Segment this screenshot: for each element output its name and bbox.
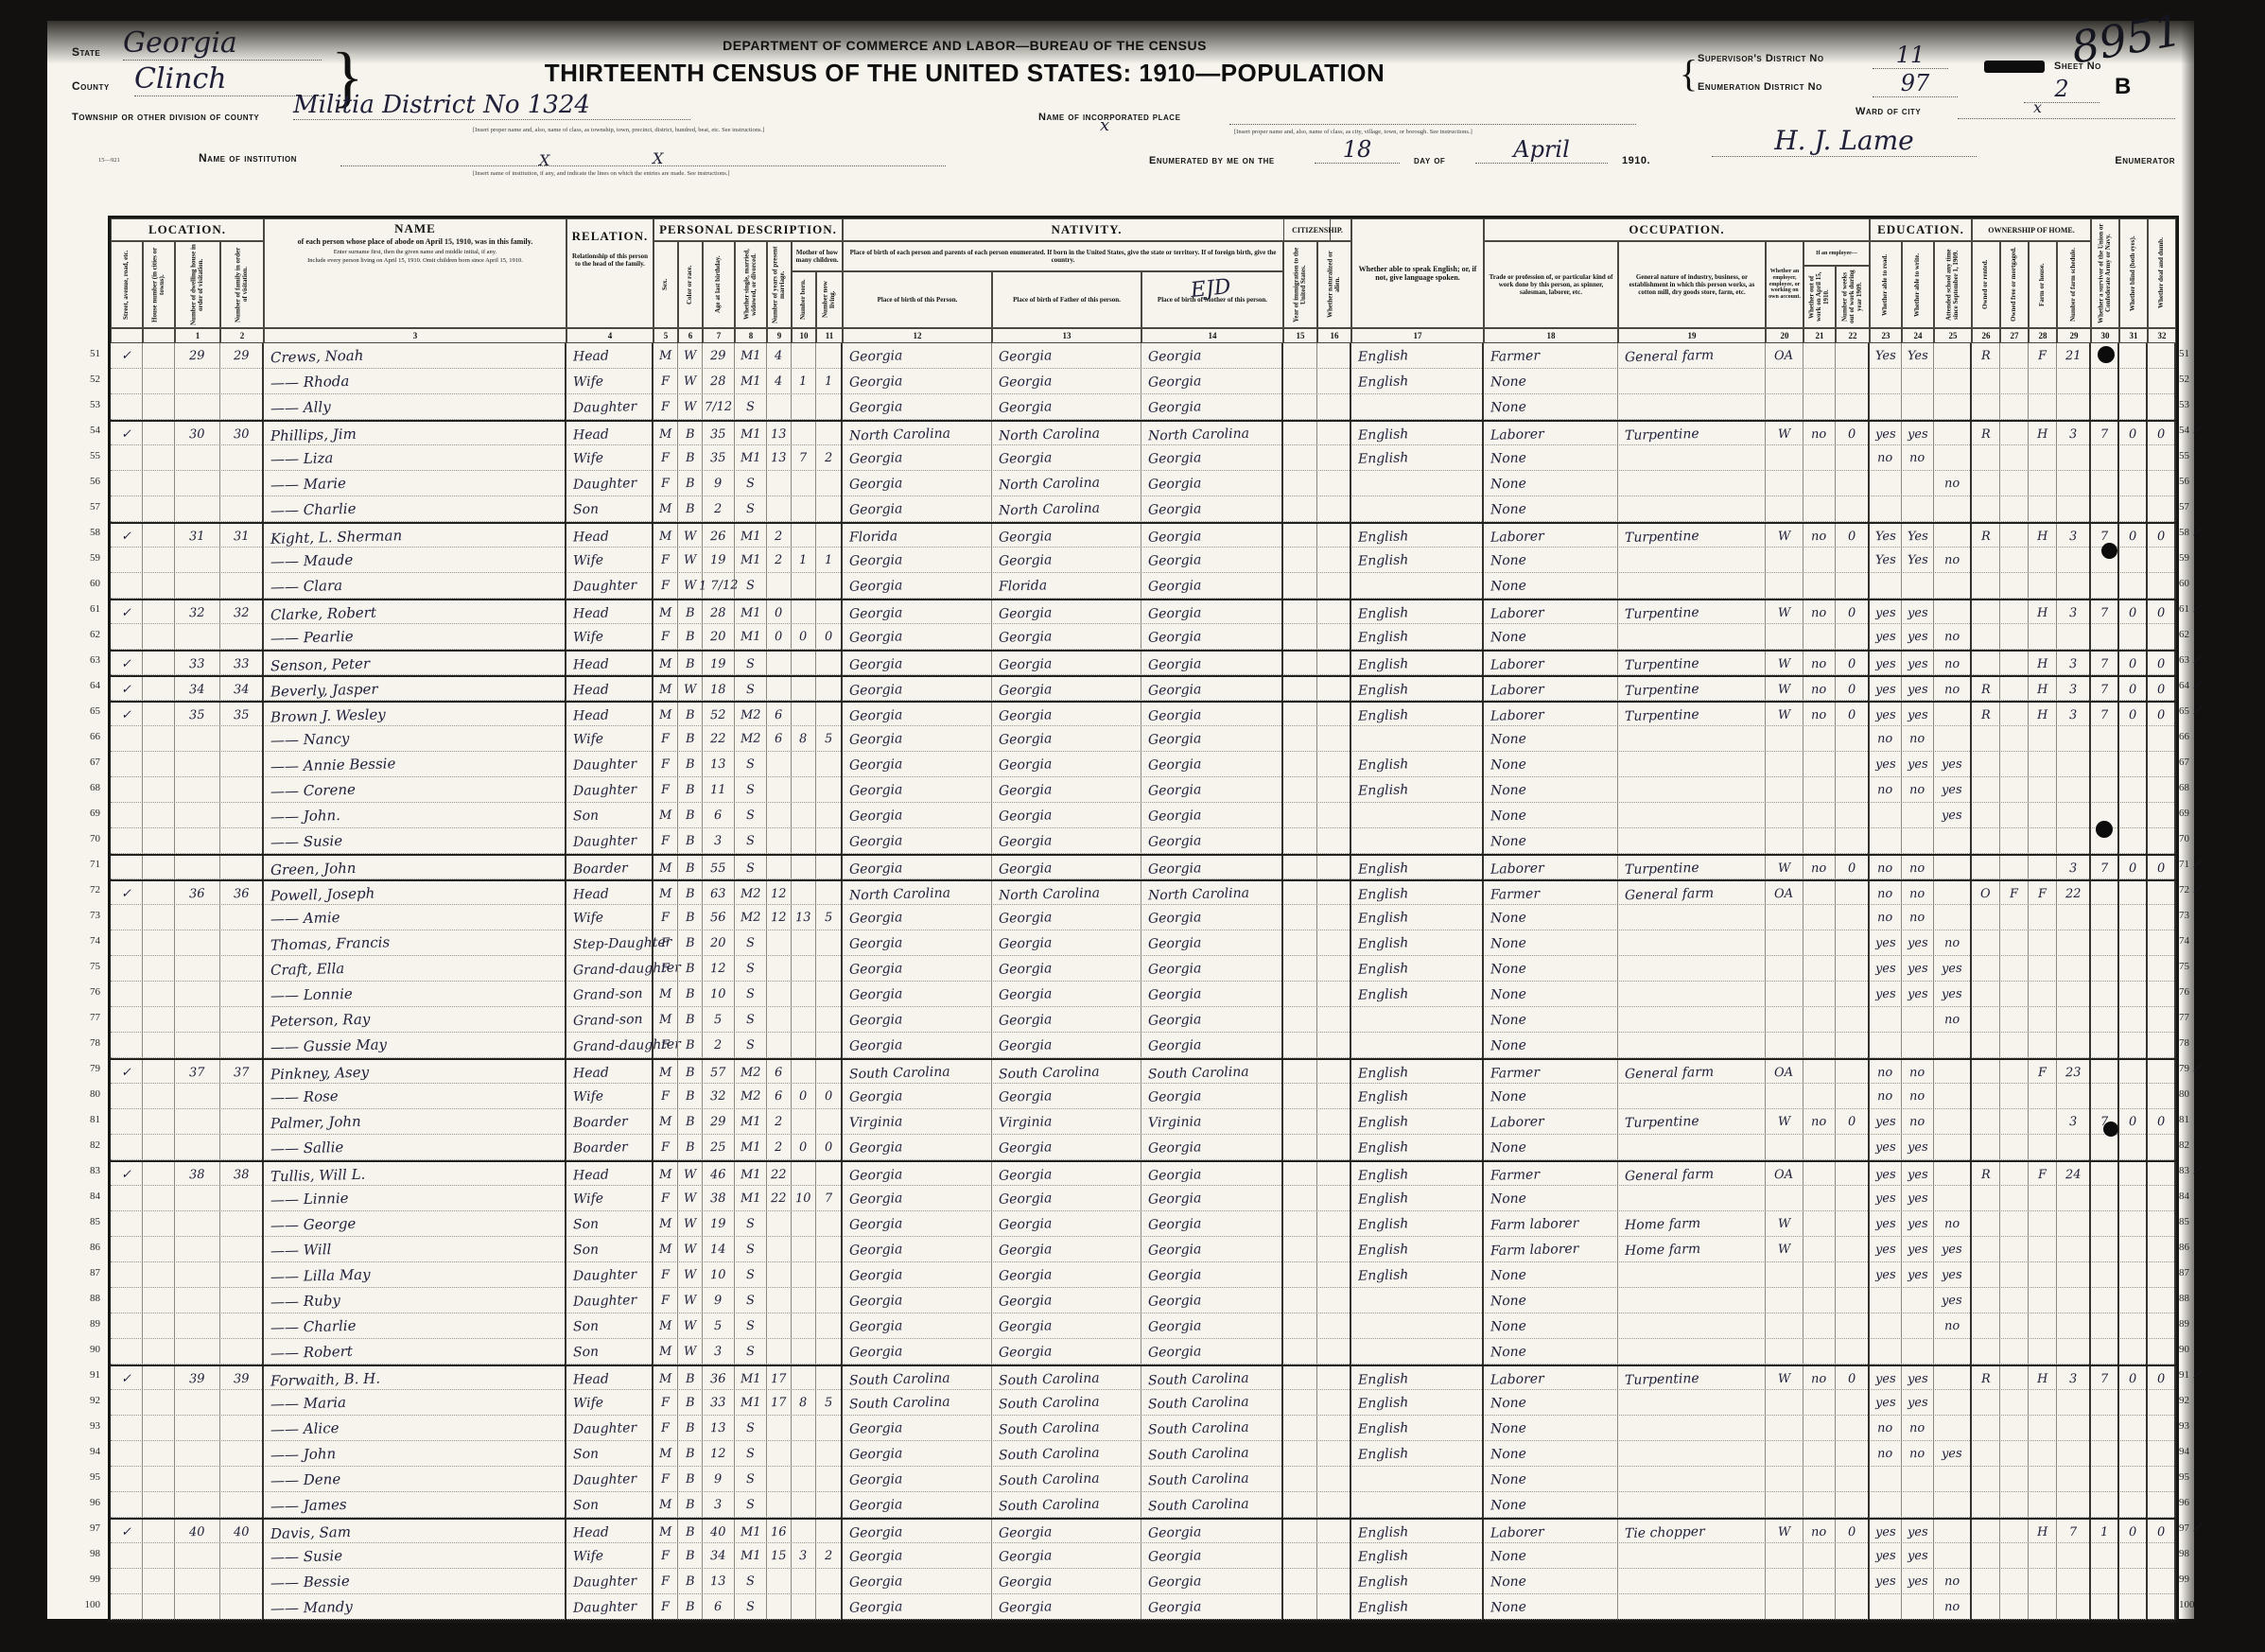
cell-trade: None <box>1484 1467 1618 1492</box>
cell-house <box>143 1262 175 1288</box>
cell-civil-war <box>2091 1416 2119 1441</box>
cell-marital: S <box>735 777 767 803</box>
cell-marital: S <box>735 1569 767 1594</box>
cell-dwelling <box>175 803 220 828</box>
cell-marital: S <box>735 1313 767 1339</box>
cell-value: —— Bessie <box>270 1572 350 1591</box>
cell-value: None <box>1490 374 1526 390</box>
cell-value: no <box>1944 657 1960 671</box>
cell-pob: Georgia <box>843 777 992 803</box>
cell-value: R <box>1980 708 1990 722</box>
cell-industry <box>1618 445 1766 471</box>
cell-value: 32 <box>189 606 205 620</box>
cell-value: Georgia <box>849 629 903 645</box>
cell-value: None <box>1490 731 1526 747</box>
cell-age: 19 <box>703 652 735 677</box>
cell-farm-house <box>2029 548 2057 573</box>
cell-value: Pinkney, Asey <box>270 1063 370 1083</box>
column-header-relation: RELATION.Relationship of this person to … <box>566 218 653 328</box>
cell-check <box>111 624 143 650</box>
cell-read <box>1870 573 1902 599</box>
cell-dwelling: 29 <box>175 343 220 369</box>
cell-age: 10 <box>703 1262 735 1288</box>
cell-value: None <box>1490 1267 1526 1283</box>
cell-deaf <box>2148 803 2176 828</box>
cell-pob-father: North Carolina <box>992 496 1141 522</box>
cell-children-born: 0 <box>792 1135 816 1160</box>
cell-value: B <box>686 834 695 848</box>
cell-write: yes <box>1902 1162 1934 1188</box>
cell-pob: Georgia <box>843 1492 992 1518</box>
cell-value: Georgia <box>999 833 1053 849</box>
cell-value: S <box>746 1447 755 1461</box>
cell-industry <box>1618 624 1766 650</box>
cell-owned-rented <box>1972 1211 2000 1237</box>
cell-value: Yes <box>1874 553 1895 568</box>
cell-pob-mother: Georgia <box>1141 652 1283 677</box>
cell-name: —— Sallie <box>264 1135 566 1160</box>
cell-immigration <box>1283 1033 1317 1058</box>
cell-english: English <box>1351 445 1484 471</box>
cell-value: Tie chopper <box>1625 1523 1705 1540</box>
enumeration-district-value: 97 <box>1873 70 1958 97</box>
cell-house <box>143 1594 175 1620</box>
cell-owned-rented: R <box>1972 1366 2000 1392</box>
cell-write: yes <box>1902 1186 1934 1211</box>
cell-value: yes <box>1874 1268 1895 1283</box>
cell-house <box>143 777 175 803</box>
cell-english: English <box>1351 600 1484 626</box>
cell-pob: Georgia <box>843 1416 992 1441</box>
cell-years-married <box>767 1211 792 1237</box>
line-number-right-96: 96 <box>2179 1489 2217 1515</box>
cell-naturalized <box>1317 1313 1351 1339</box>
cell-family: 40 <box>220 1520 264 1545</box>
column-number-5: 5 <box>653 328 678 343</box>
cell-value: 3 <box>2069 606 2078 620</box>
column-header-trade: Trade or profession of, or particular ki… <box>1484 241 1618 328</box>
cell-age: 57 <box>703 1060 735 1086</box>
cell-value: English <box>1358 450 1409 466</box>
census-row-99: —— BessieDaughterFB13SGeorgiaGeorgiaGeor… <box>111 1569 2176 1594</box>
cell-value: yes <box>1942 987 1962 1002</box>
cell-name: —— Amie <box>264 905 566 930</box>
cell-check: ✓ <box>111 524 143 549</box>
cell-value: no <box>1811 1525 1827 1539</box>
cell-value: Georgia <box>849 450 903 466</box>
cell-out-of-work <box>1803 343 1836 369</box>
cell-family <box>220 1441 264 1467</box>
cell-value: M1 <box>740 1168 761 1183</box>
cell-immigration <box>1283 677 1317 703</box>
cell-value: yes <box>1874 1549 1895 1564</box>
cell-race: W <box>678 1313 703 1339</box>
cell-trade: Farmer <box>1484 1060 1618 1086</box>
cell-dwelling <box>175 624 220 650</box>
cell-out-of-work <box>1803 1237 1836 1262</box>
cell-value: Head <box>573 1065 609 1081</box>
cell-value: Georgia <box>999 450 1053 466</box>
cell-dwelling <box>175 1109 220 1135</box>
cell-weeks-out: 0 <box>1836 652 1870 677</box>
cell-industry <box>1618 471 1766 496</box>
cell-value: Turpentine <box>1625 1113 1699 1130</box>
cell-dwelling <box>175 930 220 956</box>
cell-marital: S <box>735 956 767 982</box>
cell-check <box>111 752 143 777</box>
cell-immigration <box>1283 1007 1317 1033</box>
cell-pob: Georgia <box>843 548 992 573</box>
cell-check <box>111 1339 143 1365</box>
cell-age: 7/12 <box>703 394 735 420</box>
column-number-check <box>111 328 143 343</box>
cell-dwelling: 34 <box>175 677 220 703</box>
cell-family <box>220 1084 264 1109</box>
cell-owned-rented <box>1972 1186 2000 1211</box>
cell-dwelling <box>175 905 220 930</box>
cell-out-of-work <box>1803 752 1836 777</box>
cell-dwelling <box>175 1390 220 1416</box>
cell-deaf: 0 <box>2148 422 2176 447</box>
line-number-right-57: 57 <box>2179 494 2217 519</box>
cell-value: Georgia <box>999 348 1053 364</box>
cell-years-married: 12 <box>767 881 792 907</box>
cell-value: yes <box>1874 657 1895 672</box>
cell-english: English <box>1351 677 1484 703</box>
cell-check <box>111 548 143 573</box>
cell-check <box>111 1390 143 1416</box>
cell-value: O <box>1980 887 1991 901</box>
cell-check <box>111 1288 143 1313</box>
cell-read <box>1870 394 1902 420</box>
name-desc: of each person whose place of abode on A… <box>292 236 539 248</box>
cell-pob-mother: Georgia <box>1141 752 1283 777</box>
cell-civil-war <box>2091 624 2119 650</box>
cell-value: Georgia <box>1148 501 1202 517</box>
cell-deaf <box>2148 777 2176 803</box>
cell-marital: S <box>735 652 767 677</box>
cell-deaf: 0 <box>2148 1520 2176 1545</box>
cell-immigration <box>1283 930 1317 956</box>
cell-value: South Carolina <box>1148 1370 1249 1388</box>
cell-employer <box>1766 1441 1803 1467</box>
cell-value: English <box>1358 1420 1409 1436</box>
cell-name: —— Susie <box>264 828 566 854</box>
cell-read <box>1870 1313 1902 1339</box>
cell-age: 40 <box>703 1520 735 1545</box>
cell-blind <box>2119 1007 2148 1033</box>
cell-free-mortgaged <box>2000 624 2029 650</box>
cell-dwelling <box>175 1339 220 1365</box>
cell-blind <box>2119 471 2148 496</box>
cell-weeks-out <box>1836 573 1870 599</box>
cell-value: yes <box>1907 936 1927 951</box>
cell-value: ✓ <box>121 530 131 544</box>
cell-years-married: 13 <box>767 422 792 447</box>
cell-value: English <box>1358 961 1409 977</box>
cell-relation: Head <box>566 422 653 447</box>
cell-value: M <box>659 683 672 697</box>
cell-value: no <box>1909 887 1925 901</box>
census-row-74: Thomas, FrancisStep-DaughterFB20SGeorgia… <box>111 930 2176 956</box>
cell-pob-father: South Carolina <box>992 1366 1141 1392</box>
cell-children-born: 0 <box>792 1084 816 1109</box>
cell-value: 38 <box>710 1191 726 1206</box>
cell-age: 9 <box>703 1467 735 1492</box>
cell-race: W <box>678 548 703 573</box>
cell-school <box>1934 703 1972 728</box>
cell-trade: None <box>1484 930 1618 956</box>
census-row-53: —— AllyDaughterFW7/12SGeorgiaGeorgiaGeor… <box>111 394 2176 420</box>
cell-check <box>111 1186 143 1211</box>
cell-pob: South Carolina <box>843 1366 992 1392</box>
cell-value: B <box>686 427 695 442</box>
cell-value: no <box>1944 1217 1960 1231</box>
cell-check <box>111 1237 143 1262</box>
relation-title: RELATION. <box>572 229 649 244</box>
cell-value: OA <box>1774 1066 1793 1081</box>
cell-sex: F <box>653 726 678 752</box>
cell-weeks-out: 0 <box>1836 1366 1870 1392</box>
cell-naturalized <box>1317 1109 1351 1135</box>
cell-race: B <box>678 881 703 907</box>
cell-pob: Georgia <box>843 1033 992 1058</box>
cell-free-mortgaged <box>2000 369 2029 394</box>
cell-employer: W <box>1766 1520 1803 1545</box>
line-number-right-87: 87 <box>2179 1260 2217 1285</box>
cell-house <box>143 1084 175 1109</box>
cell-value: B <box>686 1013 695 1027</box>
census-row-78: —— Gussie MayGrand-daughterFB2SGeorgiaGe… <box>111 1033 2176 1058</box>
cell-value: —— Sallie <box>270 1138 344 1156</box>
cell-value: W <box>1778 1243 1791 1257</box>
cell-value: B <box>686 1140 695 1155</box>
cell-value: General farm <box>1625 347 1715 364</box>
cell-industry <box>1618 905 1766 930</box>
cell-english: English <box>1351 881 1484 907</box>
cell-value: 0 <box>2129 1372 2137 1386</box>
cell-value: Georgia <box>999 1599 1053 1615</box>
cell-value: Daughter <box>573 578 637 595</box>
cell-blind <box>2119 1594 2148 1620</box>
cell-civil-war <box>2091 496 2119 522</box>
cell-trade: None <box>1484 1492 1618 1518</box>
cell-pob-father: Georgia <box>992 369 1141 394</box>
cell-value: Peterson, Ray <box>270 1010 371 1030</box>
census-row-70: —— SusieDaughterFB3SGeorgiaGeorgiaGeorgi… <box>111 828 2176 854</box>
cell-name: —— Rose <box>264 1084 566 1109</box>
cell-out-of-work <box>1803 1543 1836 1569</box>
cell-value: F <box>661 1294 670 1308</box>
cell-farm-house <box>2029 1390 2057 1416</box>
cell-value: H <box>2037 1372 2048 1386</box>
cell-pob: Georgia <box>843 1237 992 1262</box>
cell-read: yes <box>1870 1543 1902 1569</box>
cell-house <box>143 905 175 930</box>
cell-check <box>111 1569 143 1594</box>
cell-value: yes <box>1874 683 1895 698</box>
cell-children-born <box>792 828 816 854</box>
cell-employer: W <box>1766 652 1803 677</box>
cell-industry: Turpentine <box>1618 677 1766 703</box>
cell-value: 7 <box>2100 530 2109 544</box>
cell-industry <box>1618 1186 1766 1211</box>
cell-children-living: 5 <box>816 1390 843 1416</box>
cell-trade: None <box>1484 1313 1618 1339</box>
cell-pob: Georgia <box>843 930 992 956</box>
cell-out-of-work: no <box>1803 703 1836 728</box>
cell-pob: Georgia <box>843 982 992 1007</box>
cell-value: yes <box>1942 962 1962 977</box>
cell-farm-schedule <box>2057 803 2091 828</box>
cell-check: ✓ <box>111 1162 143 1188</box>
cell-children-born <box>792 1007 816 1033</box>
cell-pob-father: Georgia <box>992 624 1141 650</box>
group-header-nativity: NATIVITY. <box>843 218 1331 241</box>
line-number-left-72: 72 <box>68 877 106 902</box>
cell-school: no <box>1934 930 1972 956</box>
cell-value: 38 <box>234 1168 250 1182</box>
cell-value: 13 <box>710 1574 726 1589</box>
cell-marital: S <box>735 1441 767 1467</box>
cell-pob-father: North Carolina <box>992 881 1141 907</box>
cell-value: Georgia <box>1148 1088 1202 1104</box>
cell-value: Georgia <box>1148 1548 1202 1564</box>
cell-farm-house <box>2029 496 2057 522</box>
cell-civil-war <box>2091 1135 2119 1160</box>
cell-owned-rented <box>1972 956 2000 982</box>
cell-marital: S <box>735 1211 767 1237</box>
cell-school: no <box>1934 1211 1972 1237</box>
cell-owned-rented <box>1972 1060 2000 1086</box>
cell-value: 3 <box>2069 861 2078 876</box>
cell-house <box>143 1135 175 1160</box>
cell-trade: None <box>1484 1390 1618 1416</box>
cell-civil-war <box>2091 1211 2119 1237</box>
cell-write: no <box>1902 881 1934 907</box>
cell-children-born: 8 <box>792 1390 816 1416</box>
cell-years-married: 17 <box>767 1390 792 1416</box>
cell-years-married: 4 <box>767 343 792 369</box>
line-number-left-73: 73 <box>68 902 106 928</box>
cell-out-of-work: no <box>1803 1520 1836 1545</box>
cell-civil-war <box>2091 1237 2119 1262</box>
cell-immigration <box>1283 956 1317 982</box>
cell-value: 31 <box>189 530 205 544</box>
cell-immigration <box>1283 548 1317 573</box>
cell-children-born <box>792 777 816 803</box>
cell-deaf <box>2148 905 2176 930</box>
line-number-left-70: 70 <box>68 826 106 851</box>
cell-weeks-out: 0 <box>1836 856 1870 881</box>
cell-name: —— Nancy <box>264 726 566 752</box>
cell-civil-war <box>2091 726 2119 752</box>
cell-read: yes <box>1870 1520 1902 1545</box>
cell-value: Georgia <box>1148 399 1202 415</box>
cell-value: Yes <box>1907 553 1927 568</box>
cell-deaf <box>2148 1262 2176 1288</box>
cell-civil-war <box>2091 1262 2119 1288</box>
cell-write: yes <box>1902 1262 1934 1288</box>
cell-read: no <box>1870 445 1902 471</box>
cell-age: 10 <box>703 982 735 1007</box>
cell-name: —— Clara <box>264 573 566 599</box>
cell-naturalized <box>1317 1520 1351 1545</box>
cell-weeks-out: 0 <box>1836 703 1870 728</box>
census-row-64: ✓3434Beverly, JasperHeadMW18SGeorgiaGeor… <box>111 675 2176 701</box>
cell-value: Laborer <box>1490 529 1544 545</box>
cell-value: Georgia <box>999 1267 1053 1283</box>
cell-value: 30 <box>234 427 250 442</box>
cell-trade: None <box>1484 471 1618 496</box>
cell-farm-schedule <box>2057 1467 2091 1492</box>
cell-value: Georgia <box>999 910 1053 926</box>
cell-deaf: 0 <box>2148 652 2176 677</box>
cell-relation: Head <box>566 652 653 677</box>
enumerated-by-label: Enumerated by me on the <box>1149 155 1275 166</box>
cell-immigration <box>1283 905 1317 930</box>
cell-industry <box>1618 573 1766 599</box>
cell-value: M <box>659 349 672 363</box>
cell-farm-house <box>2029 445 2057 471</box>
cell-pob-mother: Georgia <box>1141 1033 1283 1058</box>
name-note: Include every person living on April 15,… <box>300 256 531 265</box>
cell-immigration <box>1283 1569 1317 1594</box>
cell-value: Georgia <box>849 348 903 364</box>
cell-value: no <box>1909 911 1925 925</box>
cell-value: Georgia <box>849 782 903 798</box>
cell-value: F <box>661 1472 670 1487</box>
cell-value: yes <box>1907 1243 1927 1258</box>
cell-name: —— Rhoda <box>264 369 566 394</box>
cell-dwelling <box>175 1084 220 1109</box>
cell-blind: 0 <box>2119 652 2148 677</box>
cell-value: Wife <box>573 1395 604 1411</box>
cell-write <box>1902 471 1934 496</box>
line-number-right-83: 83⟋ <box>2179 1157 2217 1183</box>
cell-value: Georgia <box>849 578 903 594</box>
cell-english <box>1351 1492 1484 1518</box>
cell-value: Georgia <box>849 986 903 1002</box>
cell-family <box>220 1594 264 1620</box>
cell-dwelling <box>175 1594 220 1620</box>
cell-relation: Wife <box>566 445 653 471</box>
cell-value: English <box>1358 1446 1409 1462</box>
cell-value: English <box>1358 1242 1409 1258</box>
cell-value: B <box>686 1115 695 1129</box>
cell-value: None <box>1490 833 1526 849</box>
cell-pob: Georgia <box>843 343 992 369</box>
cell-value: yes <box>1874 936 1895 951</box>
cell-house <box>143 703 175 728</box>
cell-weeks-out <box>1836 1186 1870 1211</box>
column-number-28: 28 <box>2029 328 2057 343</box>
cell-value: Georgia <box>1148 1524 1202 1540</box>
cell-pob-mother: Georgia <box>1141 624 1283 650</box>
column-number-20: 20 <box>1766 328 1803 343</box>
cell-value: 8 <box>799 1396 808 1410</box>
line-number-right-99: 99 <box>2179 1566 2217 1591</box>
cell-blind <box>2119 726 2148 752</box>
column-number-8: 8 <box>735 328 767 343</box>
cell-naturalized <box>1317 1162 1351 1188</box>
cell-farm-house <box>2029 956 2057 982</box>
cell-farm-schedule <box>2057 1186 2091 1211</box>
line-number-right-98: 98 <box>2179 1540 2217 1566</box>
cell-free-mortgaged <box>2000 394 2029 420</box>
cell-value: 12 <box>771 911 787 925</box>
cell-race: W <box>678 524 703 549</box>
